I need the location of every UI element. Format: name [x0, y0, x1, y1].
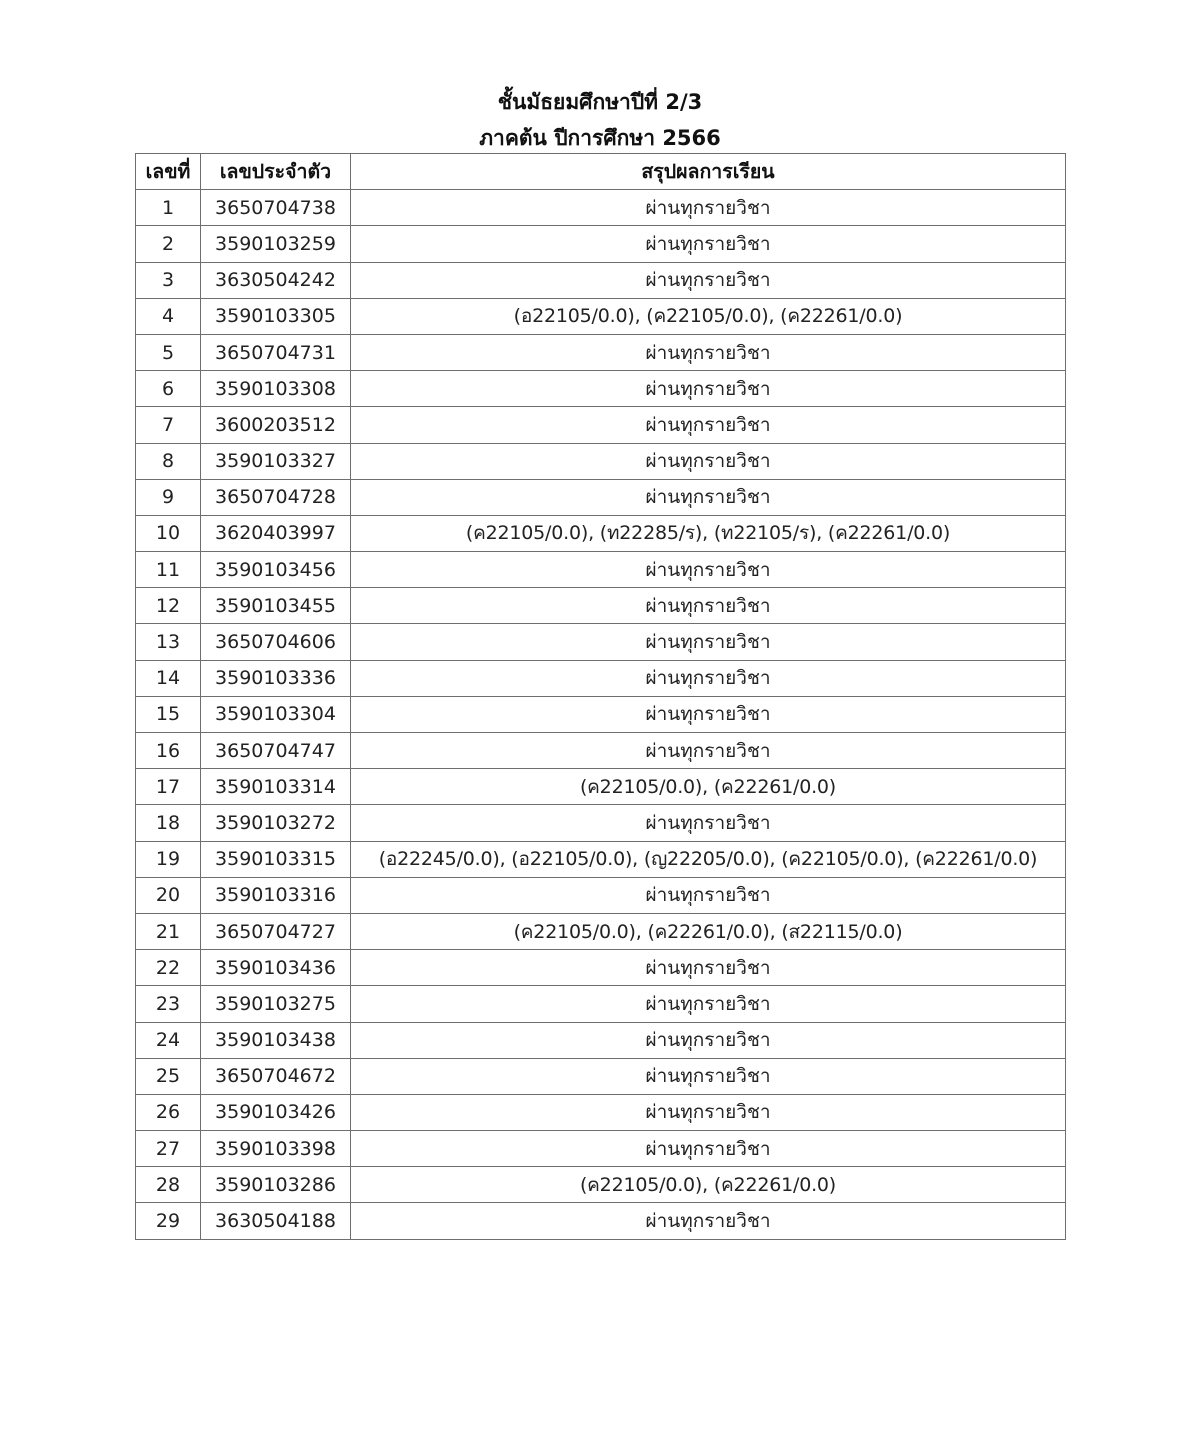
table-row: 93650704728ผ่านทุกรายวิชา — [136, 479, 1066, 515]
row-number: 23 — [136, 986, 201, 1022]
row-number: 20 — [136, 877, 201, 913]
table-row: 63590103308ผ่านทุกรายวิชา — [136, 371, 1066, 407]
row-result: ผ่านทุกรายวิชา — [351, 407, 1066, 443]
row-number: 7 — [136, 407, 201, 443]
row-number: 1 — [136, 190, 201, 226]
row-student-id: 3590103304 — [201, 696, 351, 732]
row-student-id: 3590103314 — [201, 769, 351, 805]
row-student-id: 3590103455 — [201, 588, 351, 624]
row-result: ผ่านทุกรายวิชา — [351, 805, 1066, 841]
row-student-id: 3650704747 — [201, 733, 351, 769]
row-result: ผ่านทุกรายวิชา — [351, 588, 1066, 624]
row-student-id: 3590103259 — [201, 226, 351, 262]
table-row: 103620403997(ค22105/0.0), (ท22285/ร), (ท… — [136, 515, 1066, 551]
row-student-id: 3590103336 — [201, 660, 351, 696]
row-student-id: 3590103398 — [201, 1131, 351, 1167]
row-result: ผ่านทุกรายวิชา — [351, 262, 1066, 298]
row-number: 6 — [136, 371, 201, 407]
row-result: (อ22245/0.0), (อ22105/0.0), (ญ22205/0.0)… — [351, 841, 1066, 877]
table-row: 23590103259ผ่านทุกรายวิชา — [136, 226, 1066, 262]
row-result: ผ่านทุกรายวิชา — [351, 660, 1066, 696]
table-row: 133650704606ผ่านทุกรายวิชา — [136, 624, 1066, 660]
row-student-id: 3590103327 — [201, 443, 351, 479]
row-student-id: 3590103316 — [201, 877, 351, 913]
row-student-id: 3590103436 — [201, 950, 351, 986]
row-result: (อ22105/0.0), (ค22105/0.0), (ค22261/0.0) — [351, 298, 1066, 334]
table-row: 253650704672ผ่านทุกรายวิชา — [136, 1058, 1066, 1094]
row-number: 29 — [136, 1203, 201, 1239]
row-result: (ค22105/0.0), (ท22285/ร), (ท22105/ร), (ค… — [351, 515, 1066, 551]
table-row: 243590103438ผ่านทุกรายวิชา — [136, 1022, 1066, 1058]
row-number: 10 — [136, 515, 201, 551]
row-student-id: 3650704731 — [201, 334, 351, 370]
row-student-id: 3630504188 — [201, 1203, 351, 1239]
row-student-id: 3650704672 — [201, 1058, 351, 1094]
row-number: 17 — [136, 769, 201, 805]
row-student-id: 3650704727 — [201, 913, 351, 949]
row-result: ผ่านทุกรายวิชา — [351, 733, 1066, 769]
row-student-id: 3590103426 — [201, 1094, 351, 1130]
row-student-id: 3590103438 — [201, 1022, 351, 1058]
row-number: 11 — [136, 552, 201, 588]
table-row: 283590103286(ค22105/0.0), (ค22261/0.0) — [136, 1167, 1066, 1203]
table-row: 43590103305(อ22105/0.0), (ค22105/0.0), (… — [136, 298, 1066, 334]
table-row: 143590103336ผ่านทุกรายวิชา — [136, 660, 1066, 696]
table-row: 263590103426ผ่านทุกรายวิชา — [136, 1094, 1066, 1130]
document-title: ชั้นมัธยมศึกษาปีที่ 2/3 — [0, 86, 1200, 119]
row-student-id: 3590103308 — [201, 371, 351, 407]
header-student-id: เลขประจำตัว — [201, 154, 351, 190]
table-row: 203590103316ผ่านทุกรายวิชา — [136, 877, 1066, 913]
row-number: 3 — [136, 262, 201, 298]
row-result: ผ่านทุกรายวิชา — [351, 624, 1066, 660]
row-result: ผ่านทุกรายวิชา — [351, 1131, 1066, 1167]
row-result: ผ่านทุกรายวิชา — [351, 1203, 1066, 1239]
row-result: ผ่านทุกรายวิชา — [351, 552, 1066, 588]
table-row: 213650704727(ค22105/0.0), (ค22261/0.0), … — [136, 913, 1066, 949]
row-student-id: 3600203512 — [201, 407, 351, 443]
row-number: 15 — [136, 696, 201, 732]
table-row: 273590103398ผ่านทุกรายวิชา — [136, 1131, 1066, 1167]
row-result: ผ่านทุกรายวิชา — [351, 1022, 1066, 1058]
table-row: 223590103436ผ่านทุกรายวิชา — [136, 950, 1066, 986]
row-student-id: 3590103315 — [201, 841, 351, 877]
row-number: 18 — [136, 805, 201, 841]
table-header-row: เลขที่ เลขประจำตัว สรุปผลการเรียน — [136, 154, 1066, 190]
row-result: ผ่านทุกรายวิชา — [351, 371, 1066, 407]
row-result: ผ่านทุกรายวิชา — [351, 986, 1066, 1022]
table-body: 13650704738ผ่านทุกรายวิชา23590103259ผ่าน… — [136, 190, 1066, 1239]
row-result: ผ่านทุกรายวิชา — [351, 190, 1066, 226]
row-number: 14 — [136, 660, 201, 696]
row-number: 9 — [136, 479, 201, 515]
row-student-id: 3650704606 — [201, 624, 351, 660]
table-row: 153590103304ผ่านทุกรายวิชา — [136, 696, 1066, 732]
document-subtitle: ภาคต้น ปีการศึกษา 2566 — [0, 122, 1200, 155]
row-student-id: 3590103305 — [201, 298, 351, 334]
row-number: 16 — [136, 733, 201, 769]
row-result: ผ่านทุกรายวิชา — [351, 877, 1066, 913]
table-row: 113590103456ผ่านทุกรายวิชา — [136, 552, 1066, 588]
table-row: 233590103275ผ่านทุกรายวิชา — [136, 986, 1066, 1022]
row-number: 4 — [136, 298, 201, 334]
row-number: 24 — [136, 1022, 201, 1058]
table-row: 13650704738ผ่านทุกรายวิชา — [136, 190, 1066, 226]
row-student-id: 3590103286 — [201, 1167, 351, 1203]
results-table: เลขที่ เลขประจำตัว สรุปผลการเรียน 136507… — [135, 153, 1066, 1240]
row-number: 13 — [136, 624, 201, 660]
row-student-id: 3590103272 — [201, 805, 351, 841]
header-number: เลขที่ — [136, 154, 201, 190]
table-row: 193590103315(อ22245/0.0), (อ22105/0.0), … — [136, 841, 1066, 877]
row-student-id: 3650704738 — [201, 190, 351, 226]
table-row: 83590103327ผ่านทุกรายวิชา — [136, 443, 1066, 479]
table-row: 173590103314(ค22105/0.0), (ค22261/0.0) — [136, 769, 1066, 805]
table-row: 293630504188ผ่านทุกรายวิชา — [136, 1203, 1066, 1239]
table-row: 33630504242ผ่านทุกรายวิชา — [136, 262, 1066, 298]
row-result: ผ่านทุกรายวิชา — [351, 226, 1066, 262]
row-result: (ค22105/0.0), (ค22261/0.0) — [351, 1167, 1066, 1203]
row-number: 27 — [136, 1131, 201, 1167]
table-row: 163650704747ผ่านทุกรายวิชา — [136, 733, 1066, 769]
row-result: ผ่านทุกรายวิชา — [351, 696, 1066, 732]
table-row: 183590103272ผ่านทุกรายวิชา — [136, 805, 1066, 841]
row-result: ผ่านทุกรายวิชา — [351, 334, 1066, 370]
row-number: 26 — [136, 1094, 201, 1130]
row-student-id: 3620403997 — [201, 515, 351, 551]
row-number: 28 — [136, 1167, 201, 1203]
row-result: (ค22105/0.0), (ค22261/0.0), (ส22115/0.0) — [351, 913, 1066, 949]
row-result: ผ่านทุกรายวิชา — [351, 479, 1066, 515]
table-row: 73600203512ผ่านทุกรายวิชา — [136, 407, 1066, 443]
row-number: 8 — [136, 443, 201, 479]
table-row: 123590103455ผ่านทุกรายวิชา — [136, 588, 1066, 624]
row-number: 19 — [136, 841, 201, 877]
row-number: 25 — [136, 1058, 201, 1094]
row-student-id: 3590103275 — [201, 986, 351, 1022]
row-result: ผ่านทุกรายวิชา — [351, 1094, 1066, 1130]
row-number: 22 — [136, 950, 201, 986]
row-number: 21 — [136, 913, 201, 949]
row-student-id: 3630504242 — [201, 262, 351, 298]
row-number: 5 — [136, 334, 201, 370]
table-row: 53650704731ผ่านทุกรายวิชา — [136, 334, 1066, 370]
row-student-id: 3650704728 — [201, 479, 351, 515]
header-result: สรุปผลการเรียน — [351, 154, 1066, 190]
row-student-id: 3590103456 — [201, 552, 351, 588]
row-result: ผ่านทุกรายวิชา — [351, 950, 1066, 986]
row-number: 12 — [136, 588, 201, 624]
row-result: ผ่านทุกรายวิชา — [351, 443, 1066, 479]
row-result: (ค22105/0.0), (ค22261/0.0) — [351, 769, 1066, 805]
row-result: ผ่านทุกรายวิชา — [351, 1058, 1066, 1094]
row-number: 2 — [136, 226, 201, 262]
